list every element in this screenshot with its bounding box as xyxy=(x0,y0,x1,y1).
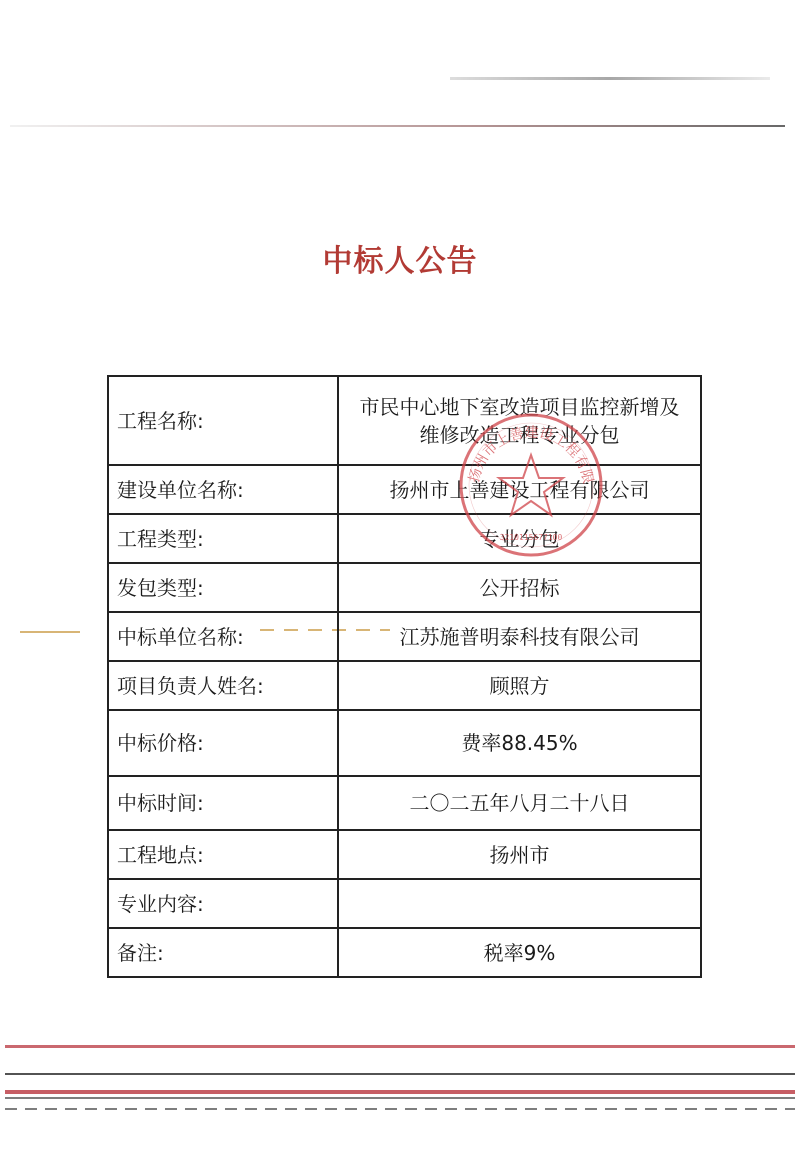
table-row: 中标时间:二〇二五年八月二十八日 xyxy=(108,776,701,830)
field-value: 江苏施普明泰科技有限公司 xyxy=(338,612,701,661)
field-value: 扬州市 xyxy=(338,830,701,879)
field-label: 中标单位名称: xyxy=(108,612,338,661)
scan-line xyxy=(5,1090,795,1094)
table-row: 专业内容: xyxy=(108,879,701,928)
table-row: 中标单位名称:江苏施普明泰科技有限公司 xyxy=(108,612,701,661)
field-value-line: 市民中心地下室改造项目监控新增及 xyxy=(347,393,692,421)
page-title: 中标人公告 xyxy=(0,236,800,280)
table-row: 中标价格:费率88.45% xyxy=(108,710,701,776)
scan-line xyxy=(5,1097,795,1099)
field-label: 工程地点: xyxy=(108,830,338,879)
field-value xyxy=(338,879,701,928)
field-value-line: 维修改造工程专业分包 xyxy=(347,421,692,449)
field-value: 二〇二五年八月二十八日 xyxy=(338,776,701,830)
scan-line xyxy=(20,631,80,633)
field-label: 备注: xyxy=(108,928,338,977)
field-label: 建设单位名称: xyxy=(108,465,338,514)
scan-line xyxy=(5,1073,795,1075)
field-label: 中标价格: xyxy=(108,710,338,776)
field-label: 中标时间: xyxy=(108,776,338,830)
table-row: 工程地点:扬州市 xyxy=(108,830,701,879)
field-label: 工程名称: xyxy=(108,376,338,465)
field-value: 顾照方 xyxy=(338,661,701,710)
scan-line xyxy=(450,77,770,80)
scan-line xyxy=(5,1108,795,1110)
field-value: 市民中心地下室改造项目监控新增及维修改造工程专业分包 xyxy=(338,376,701,465)
field-label: 工程类型: xyxy=(108,514,338,563)
scan-line xyxy=(5,1045,795,1048)
table-row: 建设单位名称:扬州市上善建设工程有限公司 xyxy=(108,465,701,514)
table-row: 备注:税率9% xyxy=(108,928,701,977)
field-value: 扬州市上善建设工程有限公司 xyxy=(338,465,701,514)
table-row: 发包类型:公开招标 xyxy=(108,563,701,612)
table-row: 工程名称:市民中心地下室改造项目监控新增及维修改造工程专业分包 xyxy=(108,376,701,465)
field-value: 税率9% xyxy=(338,928,701,977)
field-label: 项目负责人姓名: xyxy=(108,661,338,710)
table-row: 项目负责人姓名:顾照方 xyxy=(108,661,701,710)
field-label: 专业内容: xyxy=(108,879,338,928)
field-value: 公开招标 xyxy=(338,563,701,612)
table-row: 工程类型:专业分包 xyxy=(108,514,701,563)
field-label: 发包类型: xyxy=(108,563,338,612)
scan-line xyxy=(10,125,785,127)
field-value: 专业分包 xyxy=(338,514,701,563)
award-notice-table: 工程名称:市民中心地下室改造项目监控新增及维修改造工程专业分包建设单位名称:扬州… xyxy=(107,375,702,978)
field-value: 费率88.45% xyxy=(338,710,701,776)
